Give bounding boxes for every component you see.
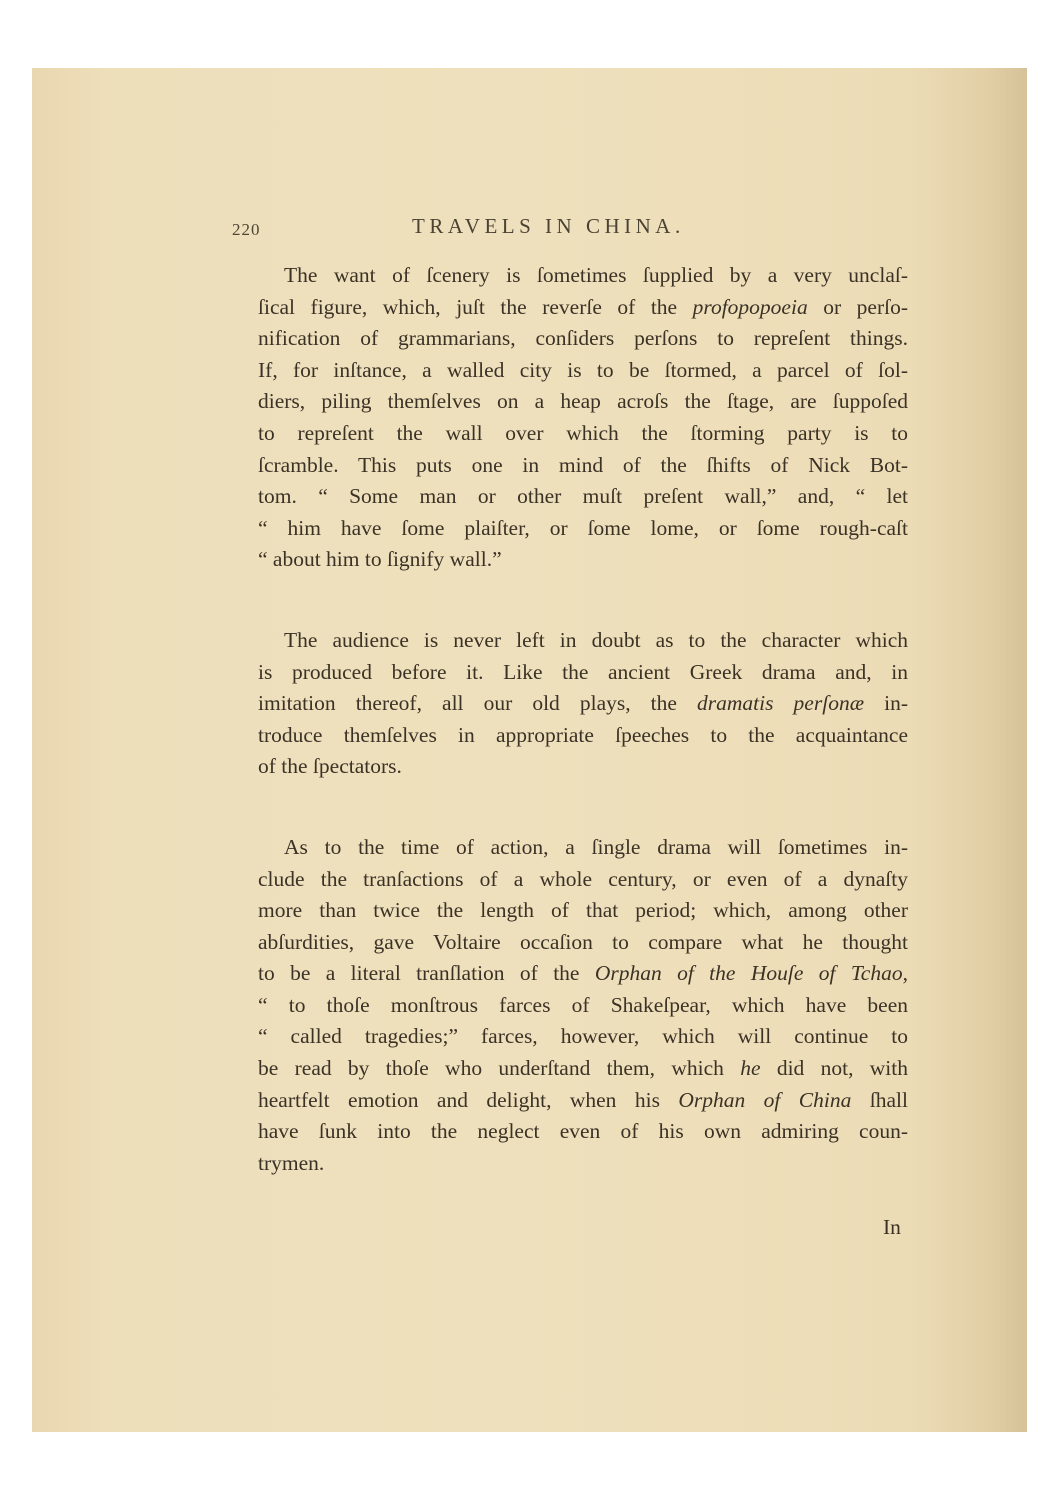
italic-phrase: he xyxy=(740,1056,760,1080)
text-line: of the ſpectators. xyxy=(258,751,908,783)
italic-phrase: Orphan of China xyxy=(678,1088,851,1112)
text-line: heartfelt emotion and delight, when his … xyxy=(258,1085,908,1117)
text-line: tom. “ Some man or other muſt preſent wa… xyxy=(258,481,908,513)
text-line: ſcramble. This puts one in mind of the ſ… xyxy=(258,450,908,482)
running-title: TRAVELS IN CHINA. xyxy=(412,214,685,239)
text-line: ſical figure, which, juſt the reverſe of… xyxy=(258,292,908,324)
text-line: The want of ſcenery is ſometimes ſupplie… xyxy=(258,260,908,292)
text-line: trymen. xyxy=(258,1148,908,1180)
italic-phrase: profopopoeia xyxy=(693,295,808,319)
text-line: “ to thoſe monſtrous farces of Shakeſpea… xyxy=(258,990,908,1022)
body-text: The want of ſcenery is ſometimes ſupplie… xyxy=(258,260,908,1179)
text-line: As to the time of action, a ſingle drama… xyxy=(258,832,908,864)
page-number: 220 xyxy=(232,220,261,240)
text-line: troduce themſelves in appropriate ſpeech… xyxy=(258,720,908,752)
text-line: diers, piling themſelves on a heap acroſ… xyxy=(258,386,908,418)
text-line: clude the tranſactions of a whole centur… xyxy=(258,864,908,896)
text-line: abſurdities, gave Voltaire occaſion to c… xyxy=(258,927,908,959)
text-line: imitation thereof, all our old plays, th… xyxy=(258,688,908,720)
text-line: “ called tragedies;” farces, however, wh… xyxy=(258,1021,908,1053)
text-line: to be a literal tranſlation of the Orpha… xyxy=(258,958,908,990)
text-line: The audience is never left in doubt as t… xyxy=(258,625,908,657)
text-line: “ about him to ſignify wall.” xyxy=(258,544,908,576)
text-line: more than twice the length of that perio… xyxy=(258,895,908,927)
text-line: be read by thoſe who underſtand them, wh… xyxy=(258,1053,908,1085)
text-line: “ him have ſome plaiſter, or ſome lome, … xyxy=(258,513,908,545)
text-line: is produced before it. Like the ancient … xyxy=(258,657,908,689)
text-line: have ſunk into the neglect even of his o… xyxy=(258,1116,908,1148)
catchword: In xyxy=(883,1215,901,1240)
running-head: 220 TRAVELS IN CHINA. xyxy=(32,68,1027,108)
italic-phrase: dramatis perſonæ xyxy=(697,691,864,715)
text-line: If, for inſtance, a walled city is to be… xyxy=(258,355,908,387)
text-line: to repreſent the wall over which the ſto… xyxy=(258,418,908,450)
italic-phrase: Orphan of the Houſe of Tchao xyxy=(595,961,903,985)
paragraph-scenery: The want of ſcenery is ſometimes ſupplie… xyxy=(258,260,908,576)
book-page: 220 TRAVELS IN CHINA. The want of ſcener… xyxy=(32,68,1027,1432)
paragraph-time-of-action: As to the time of action, a ſingle drama… xyxy=(258,832,908,1180)
paragraph-audience: The audience is never left in doubt as t… xyxy=(258,625,908,783)
text-line: nification of grammarians, conſiders per… xyxy=(258,323,908,355)
